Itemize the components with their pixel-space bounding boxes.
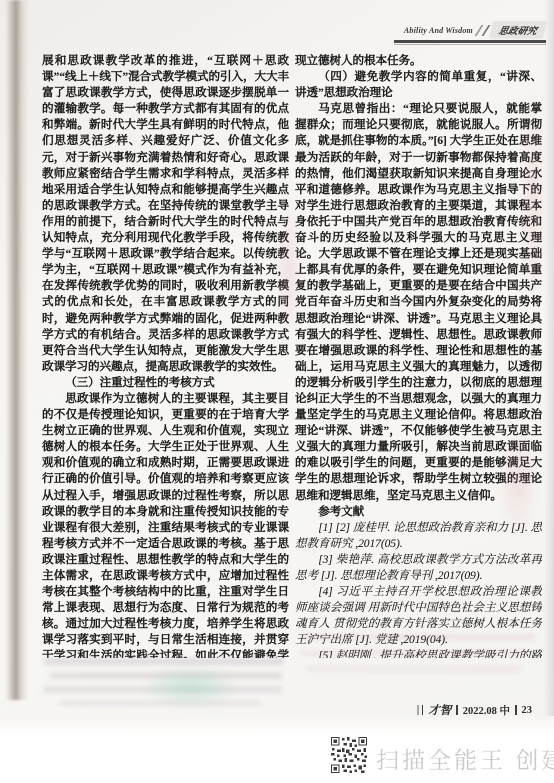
left-column: 展和思政课教学改革的推进，“互联网＋思政课”“线上＋线下”混合式教学模式的引入，… [42,53,289,658]
header-rule-thin [394,44,546,45]
camscanner-watermark: 扫描全能王 创建 [376,742,554,775]
qr-code-icon [331,736,367,774]
scan-stain [140,663,240,709]
footer-divider [515,705,517,715]
section-heading-3: （三）注重过程性的考核方式 [42,375,289,391]
page-footer: 才智 2022.08 中 23 [417,703,532,717]
footer-divider [422,705,424,715]
reference-item: [3] 柴艳萍. 高校思政课教学方式方法改革再思考 [J]. 思想理论教育导刊 … [295,552,542,584]
section-heading-4: （四）避免教学内容的简单重复，“讲深、讲透”思想政治理论 [295,69,542,101]
paper-background: Ability And Wisdom 思政研究 展和思政课教学改革的推进，“互联… [0,0,554,722]
journal-header-badge: Ability And Wisdom 思政研究 [394,22,546,45]
binding-shadow [6,0,28,700]
bleedthrough-text-row [300,650,525,656]
paragraph-continuation: 展和思政课教学改革的推进，“互联网＋思政课”“线上＋线下”混合式教学模式的引入，… [42,53,289,375]
right-column: 现立德树人的根本任务。 （四）避免教学内容的简单重复，“讲深、讲透”思想政治理论… [295,53,542,658]
page-edge-shadow [544,0,554,722]
header-rule-thick [394,40,546,43]
footer-divider [417,705,419,715]
scanned-journal-page: { "page": { "header": { "journal_en": "A… [0,0,554,783]
scan-stain [498,420,538,540]
slash-divider-icon [482,25,491,36]
bleedthrough-text-row [306,666,521,672]
journal-name-en: Ability And Wisdom [404,26,473,35]
scan-stain [276,195,302,345]
scan-stain [520,80,546,320]
footer-page-number: 23 [522,705,533,716]
paragraph-body: 思政课作为立德树人的主要课程，其主要目的不仅是传授理论知识，更重要的在于培育大学… [42,391,289,658]
bleedthrough-text-row [44,658,284,665]
footer-divider [456,705,458,715]
section-name-cn: 思政研究 [490,22,545,38]
bleedthrough-text-row [300,634,535,640]
paragraph-continuation: 现立德树人的根本任务。 [295,53,542,69]
